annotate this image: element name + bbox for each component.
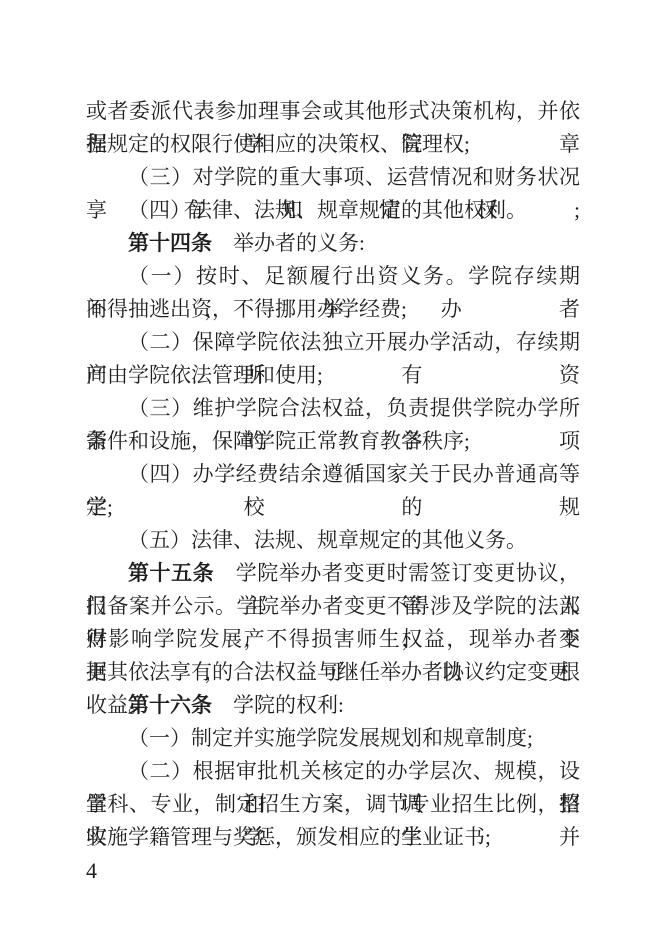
line-text: （四）办学经费结余遵循国家关于民办普通高等学校的规 [86,462,580,519]
document-line article-heading: 第十四条 举办者的义务: [86,227,580,260]
document-line: 据其依法享有的合法权益与继任举办者协议约定变更收益。 [86,656,580,689]
line-text: 学院的权利: [212,693,344,717]
line-text: 程规定的权限行使相应的决策权、管理权; [86,132,470,156]
line-text: 实施学籍管理与奖惩，颁发相应的学业证书; [86,825,491,849]
line-text: 定; [86,495,113,519]
article-number: 第十五条 [128,561,214,585]
document-line: （五）法律、法规、规章规定的其他义务。 [86,524,580,557]
document-line: （四）法律、法规、规章规定的其他权利。 [86,194,580,227]
document-line article-heading: 第十五条 学院举办者变更时需签订变更协议，报主管部 [86,557,580,590]
document-line: （二）保障学院依法独立开展办学活动，存续期间所有资 [86,326,580,359]
line-text: （一）制定并实施学院发展规划和规章制度; [128,726,533,750]
document-page: 或者委派代表参加理事会或其他形式决策机构，并依据学院章 程规定的权限行使相应的决… [0,0,662,936]
document-line: （一）按时、足额履行出资义务。学院存续期间，举办者 [86,260,580,293]
document-line: （二）根据审批机关核定的办学层次、规模，设置和调整 [86,755,580,788]
line-text: 举办者的义务: [212,231,365,255]
document-line: （四）办学经费结余遵循国家关于民办普通高等学校的规 [86,458,580,491]
document-line: （一）制定并实施学院发展规划和规章制度; [86,722,580,755]
document-line: （三）对学院的重大事项、运营情况和财务状况享有知情权; [86,161,580,194]
line-text: 不得抽逃出资，不得挪用办学经费; [86,297,407,321]
article-number: 第十六条 [128,693,212,717]
page-number: 4 [86,854,580,887]
line-text: 产由学院依法管理和使用; [86,363,323,387]
document-line: 得影响学院发展，不得损害师生权益，现举办者变更，可以根 [86,623,580,656]
line-text: （四）法律、法规、规章规定的其他权利。 [128,198,527,222]
line-text: 条件和设施，保障学院正常教育教学秩序; [86,429,470,453]
document-line: 门备案并公示。学院举办者变更不得涉及学院的法人财产，不 [86,590,580,623]
article-number: 第十四条 [128,231,212,255]
document-line: （三）维护学院合法权益，负责提供学院办学所需的各项 [86,392,580,425]
document-line article-heading: 第十六条 学院的权利: [86,689,580,722]
line-text: （五）法律、法规、规章规定的其他义务。 [128,528,527,552]
document-line: 学科、专业，制定招生方案，调节专业招生比例，招收学生并 [86,788,580,821]
document-line: 或者委派代表参加理事会或其他形式决策机构，并依据学院章 [86,95,580,128]
